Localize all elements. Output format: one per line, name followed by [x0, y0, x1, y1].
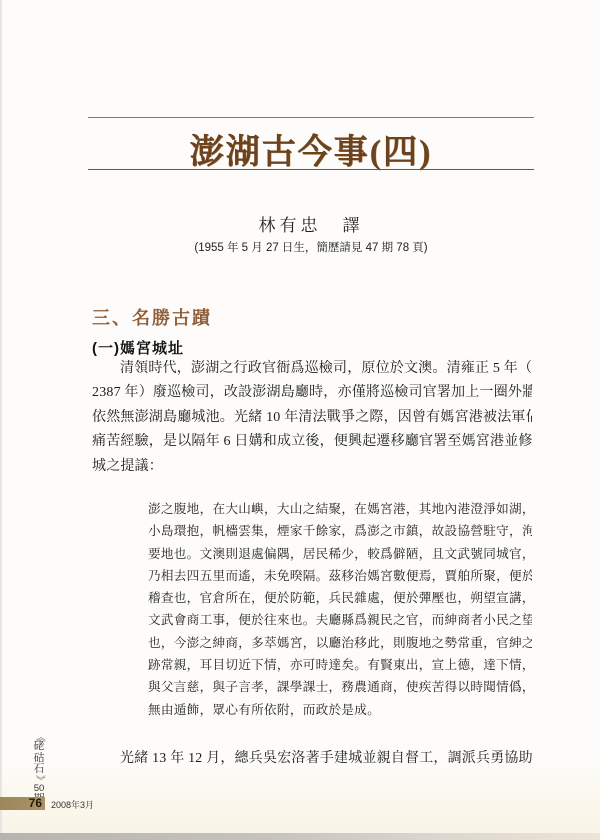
quote-line: 也，今澎之紳商，多萃媽宮，以廳治移此，則腹地之勢常重，官紳之: [148, 632, 532, 654]
quote-line: 與父言慈，與子言孝，課學課士，務農通商，使疾苦得以時聞情僞，: [148, 676, 532, 698]
page-number-bar: 76: [0, 797, 45, 810]
quote-line: 文武會商工事，便於往來也。夫廳縣爲親民之官，而紳商者小民之望: [148, 609, 532, 631]
subsection-heading: (一)媽宮城址: [92, 337, 184, 358]
journal-bracket-close: 》: [35, 775, 43, 785]
quote-line: 稽查也，官倉所在，便於防範，兵民雜處，便於彈壓也，朔望宣講，: [148, 587, 532, 609]
journal-title-vertical: 《 硓 𥑮 石 》 50 期: [30, 733, 48, 805]
journal-bracket-open: 《: [35, 732, 43, 742]
paragraph: 清領時代，澎湖之行政官衙爲巡檢司，原位於文澳。清雍正 5 年（紀元 2387 年…: [92, 357, 532, 479]
journal-char: 硓: [34, 741, 45, 753]
journal-char: 石: [34, 764, 45, 776]
scanned-journal-page: 澎湖古今事(四) 林有忠 譯 (1955 年 5 月 27 日生，簡歷請見 47…: [0, 0, 600, 840]
title-rule-top: [88, 117, 534, 118]
author-note: (1955 年 5 月 27 日生，簡歷請見 47 期 78 頁): [88, 239, 534, 255]
paragraph-line: 痛苦經驗，是以隔年 6 日媾和成立後，便興起遷移廳官署至媽宮港並修築媽宮: [92, 430, 532, 454]
issue-date: 2008年3月: [51, 798, 94, 811]
quote-line: 跡常親，耳目切近下情，亦可時達矣。有賢東出，宣上德，達下情，: [148, 654, 532, 676]
paragraph: 光緒 13 年 12 月，總兵吳宏洛著手建城並親自督工，調派兵勇協助且補足: [92, 747, 532, 771]
title-rule-bottom: [88, 169, 534, 170]
quote-line: 乃相去四五里而遙，未免暌隔。茲移治媽宮數便焉，賈舶所聚，便於: [148, 565, 532, 587]
paragraph-line: 2387 年）廢巡檢司，改設澎湖島廳時，亦僅將巡檢司官署加上一圈外牆而已，: [92, 381, 532, 405]
issue-number: 50: [34, 784, 45, 794]
author-name: 林有忠 譯: [88, 211, 534, 236]
paragraph-line: 依然無澎湖島廳城池。光緒 10 年清法戰爭之際，因曾有媽宮港被法軍佔據之: [92, 406, 532, 430]
quote-line: 小島環抱，帆檣雲集，煙家千餘家，爲澎之市鎮，故設協營駐守，洵: [148, 520, 532, 542]
quote-line: 無由遁飾，眾心有所依附，而政於是成。: [148, 699, 532, 721]
paragraph-line: 城之提議：: [92, 455, 532, 479]
article-title: 澎湖古今事(四): [88, 124, 534, 173]
block-quote: 澎之腹地，在大山嶼，大山之結聚，在媽宮港，其地內港澄淨如湖， 小島環抱，帆檣雲集…: [148, 498, 532, 721]
page-number: 76: [29, 797, 42, 810]
quote-line: 要地也。文澳則退處偏隅，居民稀少，較爲僻陋，且文武號同城官，: [148, 543, 532, 565]
scan-edge-left: [0, 0, 2, 840]
quote-line: 澎之腹地，在大山嶼，大山之結聚，在媽宮港，其地內港澄淨如湖，: [148, 498, 532, 520]
section-heading: 三、名勝古蹟: [92, 304, 212, 330]
paragraph-line: 清領時代，澎湖之行政官衙爲巡檢司，原位於文澳。清雍正 5 年（紀元: [92, 357, 532, 381]
scan-edge-bottom: [0, 833, 600, 840]
